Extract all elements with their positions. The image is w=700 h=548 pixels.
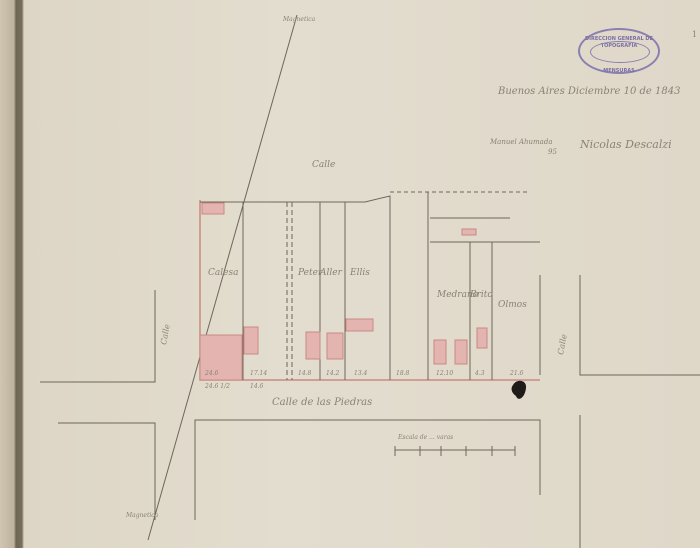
page-number: 1 <box>692 30 697 39</box>
frontage-measure: 18.8 <box>396 370 409 377</box>
owner-label: Olmos <box>498 300 527 310</box>
street-bottom-label: Calle de las Piedras <box>272 397 372 408</box>
frontage-measure: 4.3 <box>475 370 485 377</box>
owner-label: Ellis <box>350 268 370 278</box>
north-label-bottom: Magnetica <box>126 512 158 519</box>
frontage-measure: 21.6 <box>510 370 523 377</box>
frontage-measure: 13.4 <box>354 370 367 377</box>
owner-label: Peter <box>298 268 322 278</box>
frontage-measure: 14.8 <box>298 370 311 377</box>
owner-label: Calesa <box>208 268 238 278</box>
frontage-measure: 24.6 <box>205 370 218 377</box>
signature-right: Nicolas Descalzi <box>580 138 672 151</box>
north-label-top: Magnetica <box>283 16 315 23</box>
signature-left-mark: 95 <box>548 148 557 156</box>
date-line: Buenos Aires Diciembre 10 de 1843 <box>498 86 680 97</box>
owner-label: Brito <box>470 290 493 300</box>
frontage-measure: 14.2 <box>326 370 339 377</box>
stamp-inner-ring <box>590 41 650 63</box>
scale-label: Escala de ... varas <box>398 434 453 441</box>
frontage-measure: 17.14 <box>250 370 267 377</box>
archive-stamp: DIRECCION GENERAL DE TOPOGRAFIA MENSURAS <box>578 28 660 74</box>
stamp-text-bottom: MENSURAS <box>580 68 658 75</box>
frontage-measure: 12.10 <box>436 370 453 377</box>
street-top-label: Calle <box>312 160 335 170</box>
under-measure: 24.6 1/2 <box>205 383 230 390</box>
signature-left: Manuel Ahumada <box>490 138 553 146</box>
under-measure: 14.6 <box>250 383 263 390</box>
owner-label: Aller <box>320 268 342 278</box>
